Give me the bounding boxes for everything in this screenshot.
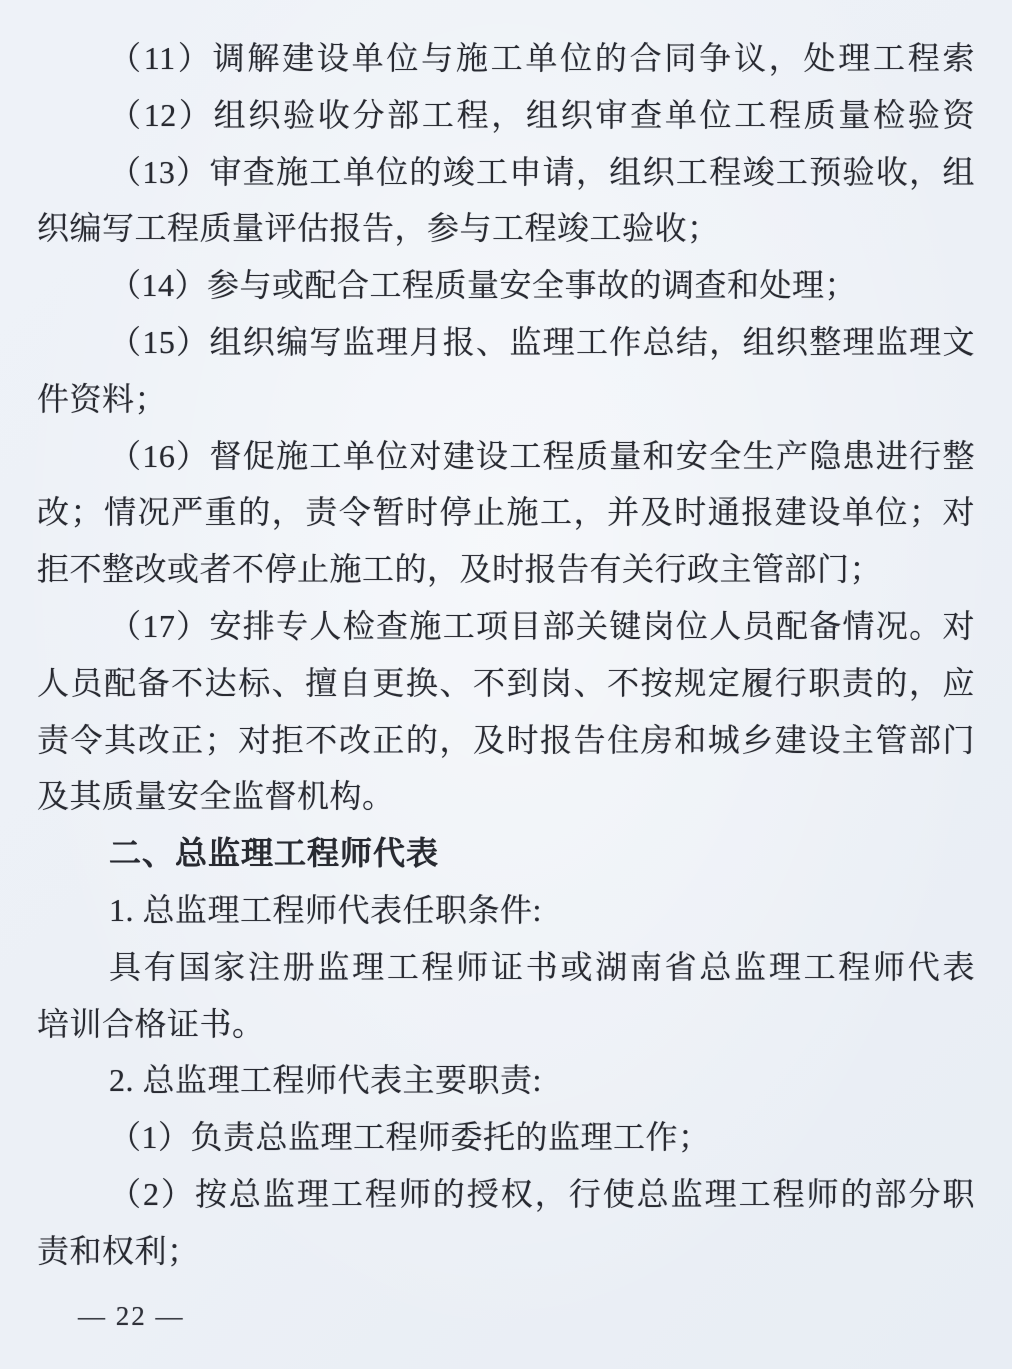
text-line: 拒不整改或者不停止施工的，及时报告有关行政主管部门； <box>37 541 975 598</box>
text-line: （1）负责总监理工程师委托的监理工作； <box>37 1109 975 1166</box>
text-line: （17）安排专人检查施工项目部关键岗位人员配备情况。对 <box>37 598 975 655</box>
text-line: （2）按总监理工程师的授权，行使总监理工程师的部分职 <box>37 1166 975 1223</box>
text-line: （12）组织验收分部工程，组织审查单位工程质量检验资料； <box>37 87 975 144</box>
text-line: 人员配备不达标、擅自更换、不到岗、不按规定履行职责的，应 <box>37 655 975 712</box>
document-page: （11）调解建设单位与施工单位的合同争议，处理工程索赔；（12）组织验收分部工程… <box>0 0 1012 1369</box>
text-line: 2. 总监理工程师代表主要职责: <box>37 1052 975 1109</box>
text-line: 责令其改正；对拒不改正的，及时报告住房和城乡建设主管部门 <box>37 712 975 769</box>
page-number-text: — 22 — <box>78 1301 185 1331</box>
text-line: 具有国家注册监理工程师证书或湖南省总监理工程师代表 <box>37 939 975 996</box>
page-number: — 22 — <box>78 1301 185 1332</box>
text-line: 培训合格证书。 <box>37 996 975 1053</box>
text-line: 织编写工程质量评估报告，参与工程竣工验收； <box>37 200 975 257</box>
text-line: （11）调解建设单位与施工单位的合同争议，处理工程索赔； <box>37 30 975 87</box>
text-line: 1. 总监理工程师代表任职条件: <box>37 882 975 939</box>
text-line: （15）组织编写监理月报、监理工作总结，组织整理监理文 <box>37 314 975 371</box>
text-line: （13）审查施工单位的竣工申请，组织工程竣工预验收，组 <box>37 144 975 201</box>
section-heading: 二、总监理工程师代表 <box>37 825 975 882</box>
text-line: 责和权利； <box>37 1223 975 1280</box>
text-line: 改；情况严重的，责令暂时停止施工，并及时通报建设单位；对 <box>37 484 975 541</box>
document-lines: （11）调解建设单位与施工单位的合同争议，处理工程索赔；（12）组织验收分部工程… <box>37 30 975 1280</box>
text-line: 及其质量安全监督机构。 <box>37 768 975 825</box>
text-line: 件资料； <box>37 371 975 428</box>
text-line: （14）参与或配合工程质量安全事故的调查和处理； <box>37 257 975 314</box>
text-line: （16）督促施工单位对建设工程质量和安全生产隐患进行整 <box>37 428 975 485</box>
